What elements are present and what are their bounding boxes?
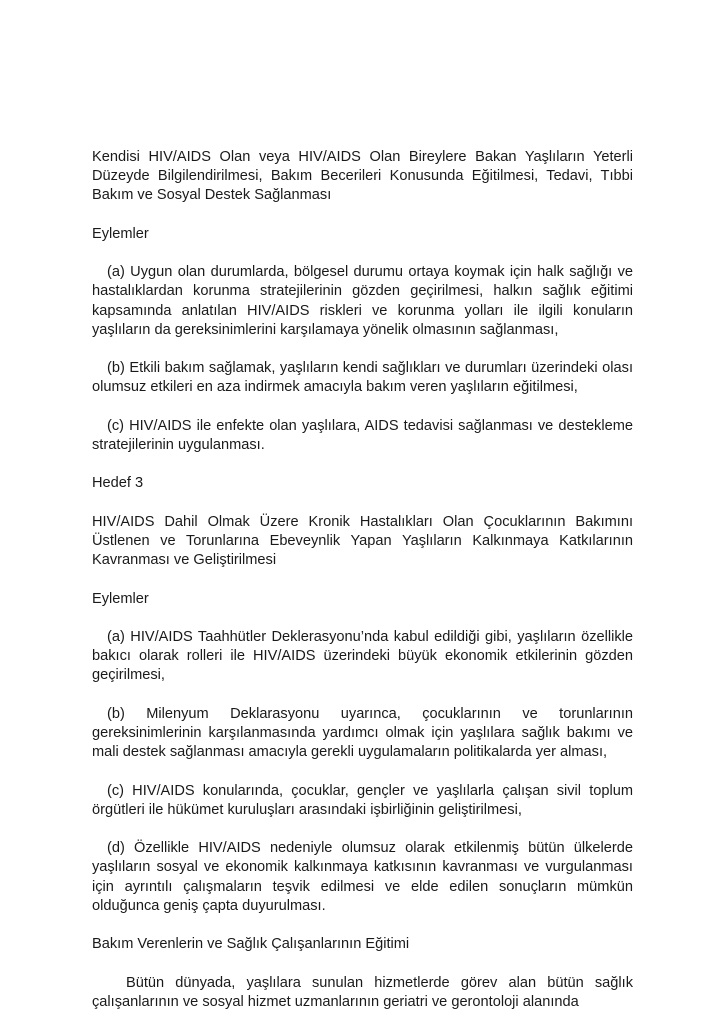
action-item: (c) HIV/AIDS konularında, çocuklar, genç… bbox=[92, 782, 633, 820]
section-title: HIV/AIDS Dahil Olmak Üzere Kronik Hastal… bbox=[92, 513, 633, 571]
action-item: (d) Özellikle HIV/AIDS nedeniyle olumsuz… bbox=[92, 839, 633, 916]
section-title: Kendisi HIV/AIDS Olan veya HIV/AIDS Olan… bbox=[92, 148, 633, 206]
action-item: (b) Etkili bakım sağlamak, yaşlıların ke… bbox=[92, 359, 633, 397]
actions-label: Eylemler bbox=[92, 590, 633, 609]
document-page: Kendisi HIV/AIDS Olan veya HIV/AIDS Olan… bbox=[92, 148, 633, 1024]
action-item: (b) Milenyum Deklarasyonu uyarınca, çocu… bbox=[92, 705, 633, 763]
action-item: (a) HIV/AIDS Taahhütler Deklerasyonu’nda… bbox=[92, 628, 633, 686]
section-title: Bakım Verenlerin ve Sağlık Çalışanlarını… bbox=[92, 935, 633, 954]
action-item: (c) HIV/AIDS ile enfekte olan yaşlılara,… bbox=[92, 417, 633, 455]
body-paragraph: Bütün dünyada, yaşlılara sunulan hizmetl… bbox=[92, 974, 633, 1012]
goal-label: Hedef 3 bbox=[92, 474, 633, 493]
action-item: (a) Uygun olan durumlarda, bölgesel duru… bbox=[92, 263, 633, 340]
actions-label: Eylemler bbox=[92, 225, 633, 244]
